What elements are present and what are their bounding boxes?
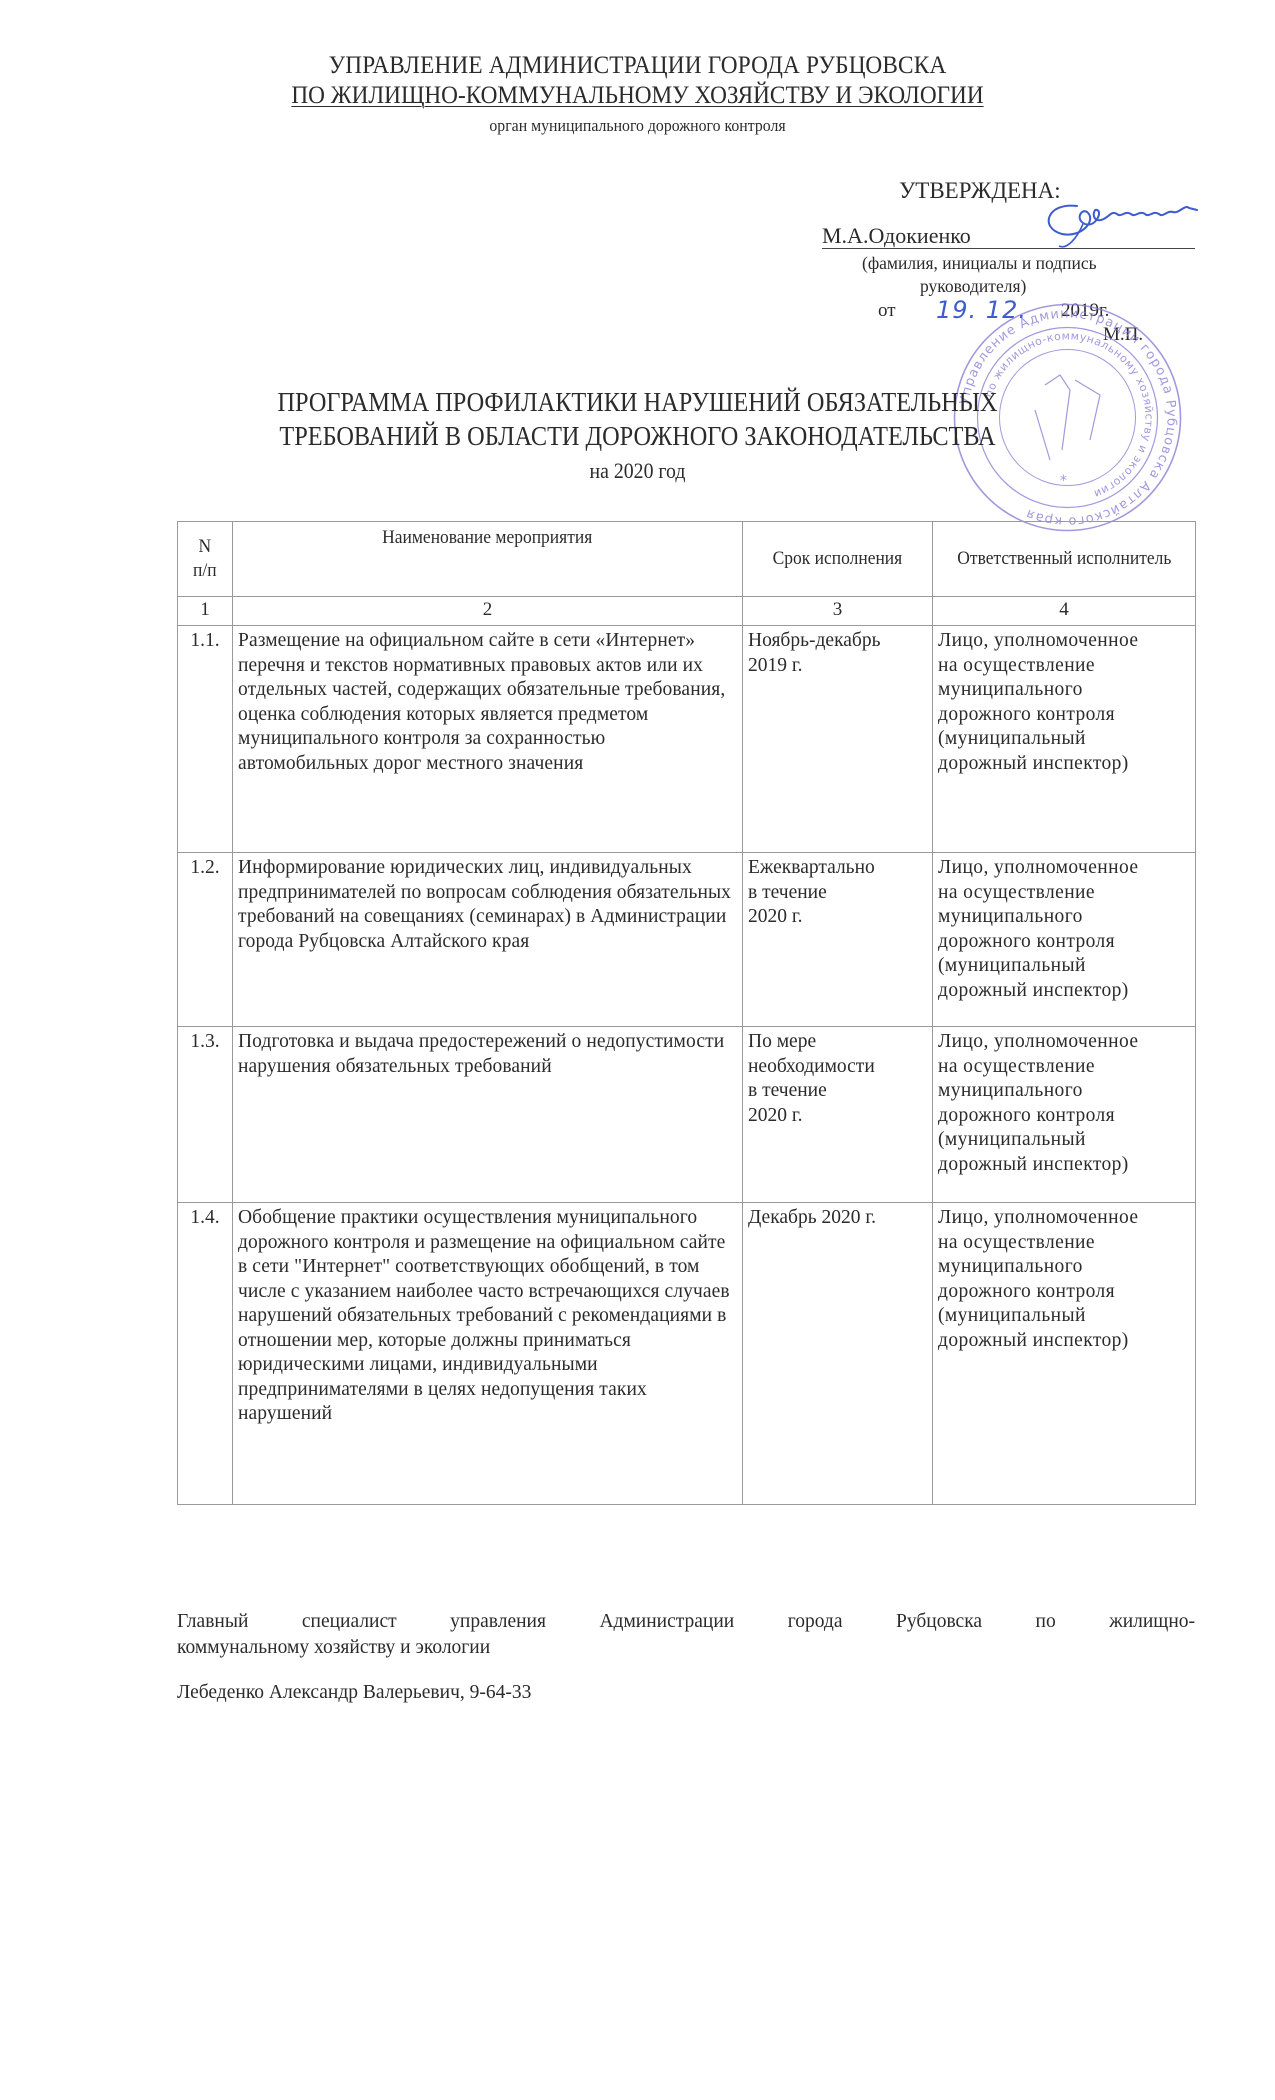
row-term: Декабрь 2020 г. xyxy=(743,1203,933,1505)
table-row: 1.4. Обобщение практики осуществления му… xyxy=(178,1203,1196,1505)
row-number: 1.2. xyxy=(178,853,233,1027)
table-row: 1.1. Размещение на официальном сайте в с… xyxy=(178,626,1196,853)
approval-from-label: от xyxy=(878,300,896,322)
row-activity: Подготовка и выдача предостережений о не… xyxy=(233,1027,743,1203)
row-responsible: Лицо, уполномоченное на осуществление му… xyxy=(933,1203,1196,1505)
row-number: 1.1. xyxy=(178,626,233,853)
col-header-term: Срок исполнения xyxy=(743,522,933,597)
row-activity: Обобщение практики осуществления муницип… xyxy=(233,1203,743,1505)
col-header-number: N п/п xyxy=(178,522,233,597)
col-header-activity: Наименование мероприятия xyxy=(233,522,743,597)
col-header-responsible: Ответственный исполнитель xyxy=(933,522,1196,597)
row-activity: Размещение на официальном сайте в сети «… xyxy=(233,626,743,853)
org-name-line1: УПРАВЛЕНИЕ АДМИНИСТРАЦИИ ГОРОДА РУБЦОВСК… xyxy=(45,52,1231,80)
row-term: Ежеквартально в течение 2020 г. xyxy=(743,853,933,1027)
signature-line xyxy=(822,248,1195,249)
column-number-row: 1 2 3 4 xyxy=(178,597,1196,626)
row-responsible: Лицо, уполномоченное на осуществление му… xyxy=(933,626,1196,853)
handwritten-signature-icon xyxy=(1037,198,1202,248)
column-number: 2 xyxy=(233,597,743,626)
program-table: N п/п Наименование мероприятия Срок испо… xyxy=(177,521,1196,1505)
column-number: 3 xyxy=(743,597,933,626)
column-number: 1 xyxy=(178,597,233,626)
program-year: на 2020 год xyxy=(64,458,1212,484)
row-responsible: Лицо, уполномоченное на осуществление му… xyxy=(933,853,1196,1027)
author-contact: Лебеденко Александр Валерьевич, 9-64-33 xyxy=(177,1680,1195,1706)
table-row: 1.2. Информирование юридических лиц, инд… xyxy=(178,853,1196,1027)
row-responsible: Лицо, уполномоченное на осуществление му… xyxy=(933,1027,1196,1203)
approval-caption: (фамилия, инициалы и подпись xyxy=(862,253,1097,274)
approver-name: М.А.Одокиенко xyxy=(822,223,971,249)
program-title-line2: ТРЕБОВАНИЙ В ОБЛАСТИ ДОРОЖНОГО ЗАКОНОДАТ… xyxy=(64,421,1212,452)
column-number: 4 xyxy=(933,597,1196,626)
program-title-line1: ПРОГРАММА ПРОФИЛАКТИКИ НАРУШЕНИЙ ОБЯЗАТЕ… xyxy=(64,387,1212,418)
org-subtitle: орган муниципального дорожного контроля xyxy=(45,116,1231,136)
row-number: 1.4. xyxy=(178,1203,233,1505)
org-name-line2: ПО ЖИЛИЩНО-КОММУНАЛЬНОМУ ХОЗЯЙСТВУ И ЭКО… xyxy=(45,82,1231,110)
row-term: Ноябрь-декабрь 2019 г. xyxy=(743,626,933,853)
approval-caption-cont: руководителя) xyxy=(920,276,1026,297)
author-position-cont: коммунальному хозяйству и экологии xyxy=(177,1635,1195,1661)
table-header-row: N п/п Наименование мероприятия Срок испо… xyxy=(178,522,1196,597)
row-number: 1.3. xyxy=(178,1027,233,1203)
author-position: Главный специалист управления Администра… xyxy=(177,1609,1195,1635)
table-row: 1.3. Подготовка и выдача предостережений… xyxy=(178,1027,1196,1203)
row-activity: Информирование юридических лиц, индивиду… xyxy=(233,853,743,1027)
document-page: УПРАВЛЕНИЕ АДМИНИСТРАЦИИ ГОРОДА РУБЦОВСК… xyxy=(0,0,1275,2100)
row-term: По мере необходимости в течение 2020 г. xyxy=(743,1027,933,1203)
